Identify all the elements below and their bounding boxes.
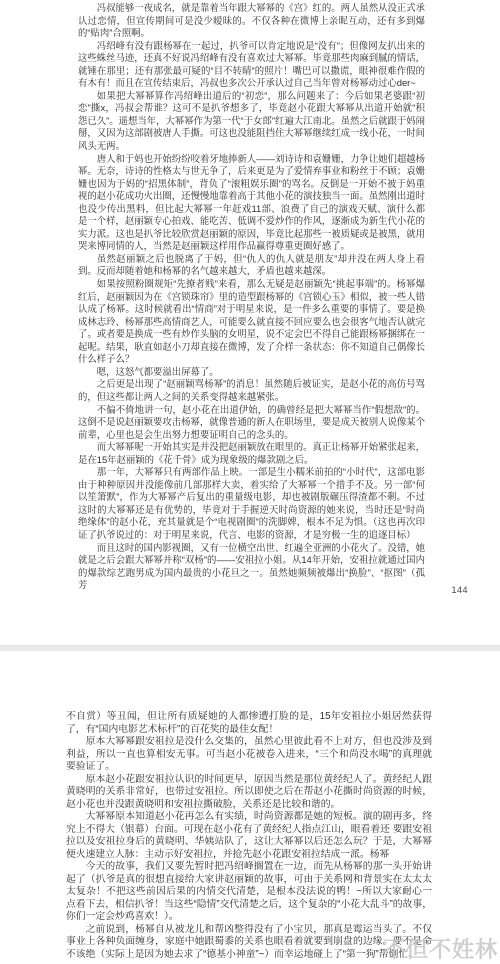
paragraph: 冯叔能够一夜成名，就是靠着当年跟大幂幂的《宫》红的。两人虽然从没正式承认过恋情，… (78, 2, 425, 40)
paragraph: 冯绍峰有没有跟杨幂在一起过，扒爷可以肯定地说是“没有”；但像网友扒出来的这些蛛丝… (78, 40, 425, 90)
paragraph: 如果按照粉圈规矩“先撩者贱”来看，那么无疑是赵丽颖先“挑起事端”的。杨幂爆红后，… (78, 278, 425, 366)
paragraph: 而大幂幂呢一开始其实是并没把赵丽颖放在眼里的。真正让杨幂开始紧张起来，是在15年… (78, 441, 425, 466)
paragraph: 之后更是出现了“赵丽颖骂杨幂”的消息！虽然随后被证实，是赵小花的高仿号骂的，但这… (78, 378, 425, 403)
paragraph: 那一年，大幂幂只有两部作品上映。一部是生小糯米前拍的“小时代”，这部电影由于种种… (78, 466, 425, 541)
paragraph: 大幂幂原本知道赵小花再怎么有实绩，时尚资源都是她的短板。演的剧再多，终究上不得大… (66, 811, 432, 861)
paragraph-continuation: 不自赏）等丑闻，但让所有质疑她的人都惨遭打脸的是，15年安祖拉小姐居然获得了，有… (66, 711, 432, 736)
paragraph: 如果把大幂幂算作冯绍峰出道后的“初恋”，那么问题来了：今后如果老婆跟“初恋”撕x… (78, 90, 425, 153)
paragraph: 而且这时的国内影视圈，又有一位横空出世、红遍全亚洲的小花火了。没错，她就是之后会… (78, 542, 425, 592)
ebook-page: 冯叔能够一夜成名，就是靠着当年跟大幂幂的《宫》红的。两人虽然从没正式承认过恋情，… (0, 0, 500, 964)
paragraph: 虽然赵丽颖之后也脱离了于妈，但“仇人的仇人就是朋友”却并没在两人身上看到。反而却… (78, 253, 425, 278)
bottom-page-text: 不自赏）等丑闻，但让所有质疑她的人都惨遭打脸的是，15年安祖拉小姐居然获得了，有… (66, 711, 432, 961)
paragraph: 不偏不倚地讲一句，赵小花在出道伊始，的确曾经是把大幂幂当作“假想敌”的。这倒不是… (78, 404, 425, 442)
paragraph: 原本赵小花跟安祖拉认识的时间更早，原因当然是那位黄经纪人了。黄经纪人跟黄晓明的关… (66, 774, 432, 812)
top-page-text: 冯叔能够一夜成名，就是靠着当年跟大幂幂的《宫》红的。两人虽然从没正式承认过恋情，… (78, 2, 425, 592)
paragraph: 嗯，这怒气都要溢出屏幕了。 (78, 366, 425, 379)
paragraph: 唐人和于妈也开始纷纷咬着牙地捧新人——刘诗诗和袁姗姗，力争让她们超越杨幂。无奈，… (78, 153, 425, 253)
page-divider (0, 645, 500, 651)
paragraph: 原本大幂幂跟安祖拉是没什么交集的，虽然心里彼此看不上对方，但也没涉及到利益，所以… (66, 736, 432, 774)
paragraph: 之前说到，杨幂自从被龙儿和帮凶整得没有了小宝贝，那真是霉运当头了。不仅事业上各种… (66, 924, 432, 962)
page-number: 144 (451, 585, 468, 595)
paragraph: 今天的故事，我们又要先暂时把冯绍峰搁置在一边，而先从杨幂的那一头开始讲起了（扒爷… (66, 861, 432, 924)
